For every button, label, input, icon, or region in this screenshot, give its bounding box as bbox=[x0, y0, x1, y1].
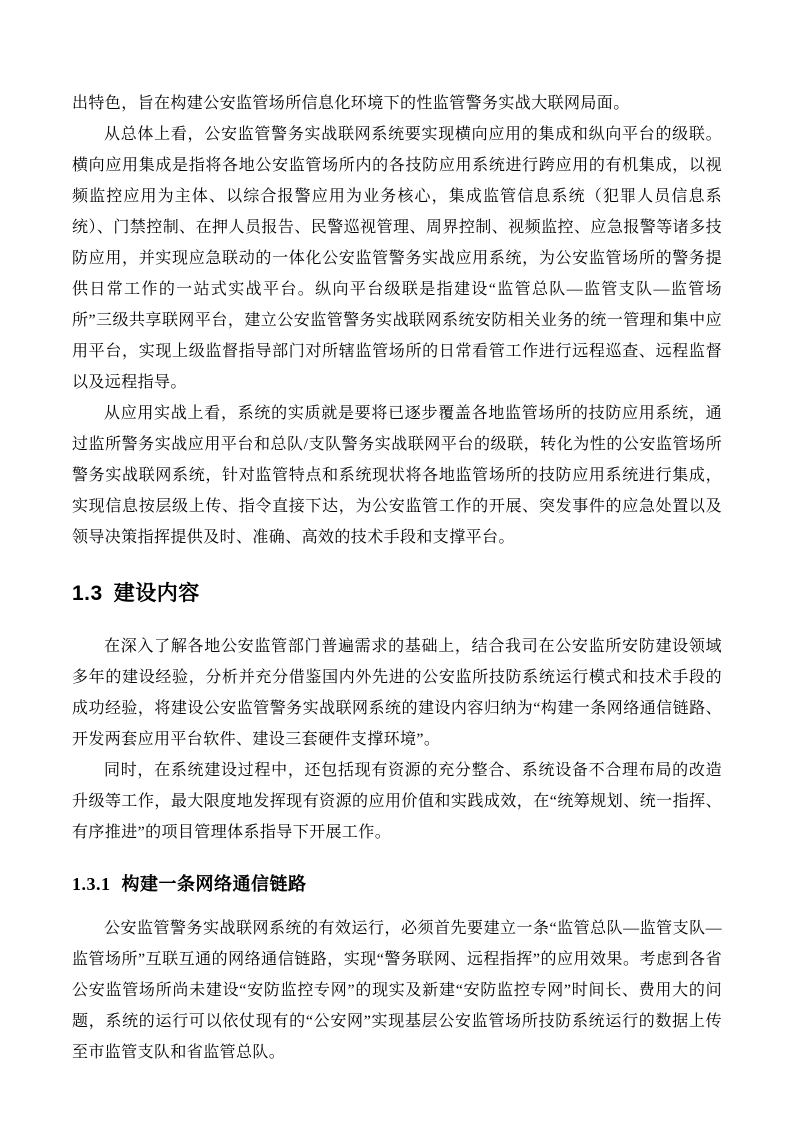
paragraph-overall-view: 从总体上看，公安监管警务实战联网系统要实现横向应用的集成和纵向平台的级联。横向应… bbox=[72, 119, 722, 398]
paragraph-network-link: 公安监管警务实战联网系统的有效运行，必须首先要建立一条“监管总队—监管支队—监管… bbox=[72, 913, 722, 1068]
section-title: 建设内容 bbox=[114, 582, 200, 605]
paragraph-application-view: 从应用实战上看，系统的实质就是要将已逐步覆盖各地监管场所的技防应用系统，通过监所… bbox=[72, 398, 722, 553]
subsection-heading-1-3-1: 1.3.1构建一条网络通信链路 bbox=[72, 871, 722, 897]
subsection-number: 1.3.1 bbox=[72, 874, 111, 894]
section-number: 1.3 bbox=[72, 582, 103, 605]
paragraph-intro-continuation: 出特色，旨在构建公安监管场所信息化环境下的性监管警务实战大联网局面。 bbox=[72, 88, 722, 119]
document-page: 出特色，旨在构建公安监管场所信息化环境下的性监管警务实战大联网局面。 从总体上看… bbox=[0, 0, 793, 1122]
paragraph-resource-integration: 同时，在系统建设过程中，还包括现有资源的充分整合、系统设备不合理布局的改造升级等… bbox=[72, 755, 722, 848]
section-heading-1-3: 1.3建设内容 bbox=[72, 580, 722, 608]
paragraph-requirements-basis: 在深入了解各地公安监管部门普遍需求的基础上，结合我司在公安监所安防建设领域多年的… bbox=[72, 631, 722, 755]
subsection-title: 构建一条网络通信链路 bbox=[122, 874, 307, 894]
